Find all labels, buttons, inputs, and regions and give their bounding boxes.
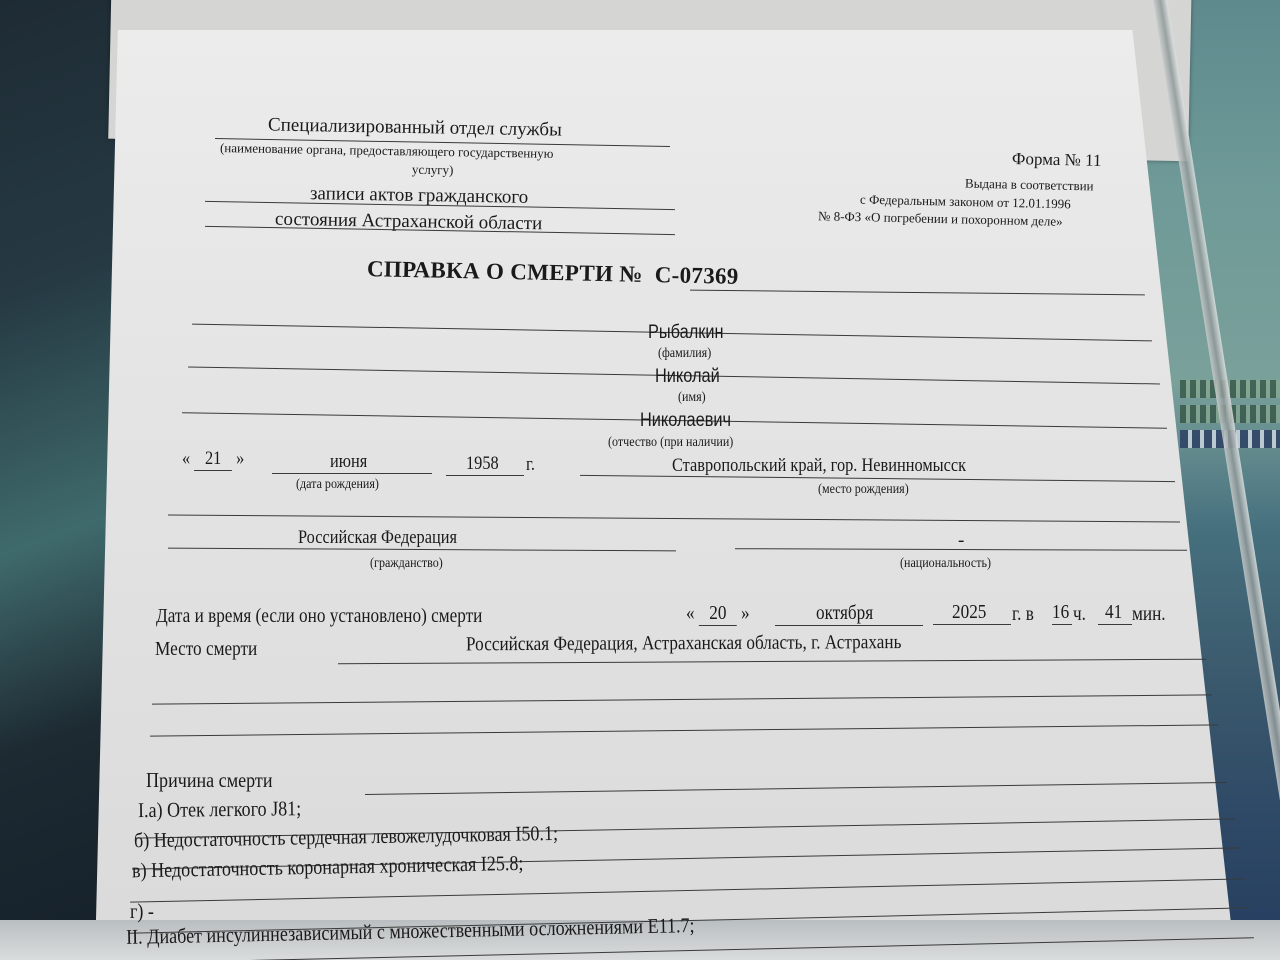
cause-item: I.а) Отек легкого J81;: [138, 796, 328, 823]
death-minute-suffix: мин.: [1132, 603, 1171, 626]
patronymic-value: Николаевич: [640, 410, 746, 432]
first-name-caption: (имя): [678, 390, 710, 406]
surname-value: Рыбалкин: [648, 322, 736, 344]
underline: [168, 514, 1180, 522]
birth-month: июня: [272, 451, 432, 474]
cause-label: Причина смерти: [146, 768, 293, 793]
birth-date-caption: (дата рождения): [296, 477, 392, 493]
birth-day: 21: [194, 448, 232, 471]
death-minute: 41: [1098, 601, 1132, 625]
birth-date: « 21 »: [182, 448, 255, 471]
underline: [150, 724, 1218, 736]
death-certificate: Специализированный отдел службы (наимено…: [0, 0, 1280, 960]
form-issued-line3: № 8-ФЗ «О погребении и похоронном деле»: [818, 208, 1063, 230]
birth-year-suffix: г.: [526, 454, 536, 476]
organization-line1: Специализированный отдел службы: [268, 114, 562, 141]
form-issued-line1: Выдана в соответствии: [965, 176, 1094, 195]
death-date-label: Дата и время (если оно установлено) смер…: [156, 605, 535, 628]
page-title: СПРАВКА О СМЕРТИ № С-07369: [367, 256, 739, 290]
birth-year: 1958: [446, 453, 524, 476]
death-year: 2025: [933, 601, 1011, 625]
birth-place-value: Ставропольский край, гор. Невинномысск: [672, 455, 1014, 477]
underline: [168, 548, 676, 552]
underline: [365, 782, 1227, 795]
organization-caption-2: услугу): [412, 162, 454, 179]
certificate-number: С-07369: [655, 262, 739, 289]
patronymic-caption: (отчество (при наличии): [608, 435, 754, 451]
citizenship-value: Российская Федерация: [298, 527, 483, 549]
death-month: октября: [775, 602, 923, 626]
underline: [152, 694, 1212, 704]
underline: [130, 878, 1246, 902]
cause-item: б) Недостаточность сердечная левожелудоч…: [134, 820, 627, 854]
birth-place-caption: (место рождения): [818, 482, 923, 498]
cause-item: в) Недостаточность коронарная хроническа…: [132, 850, 588, 884]
death-place-label: Место смерти: [155, 638, 274, 661]
nationality-caption: (национальность): [900, 556, 1006, 572]
cause-item: II. Диабет инсулиннезависимый с множеств…: [126, 911, 788, 950]
first-name-value: Николай: [655, 366, 730, 388]
death-year-suffix: г. в: [1012, 603, 1037, 626]
death-date-day: « 20 »: [686, 602, 760, 626]
underline: [690, 290, 1145, 296]
underline: [338, 659, 1206, 665]
cause-item: г) -: [130, 899, 158, 924]
death-hour: 16: [1052, 601, 1072, 625]
surname-caption: (фамилия): [658, 346, 720, 362]
form-number: Форма № 11: [1012, 149, 1102, 171]
death-place-value: Российская Федерация, Астраханская облас…: [466, 631, 972, 657]
title-label: СПРАВКА О СМЕРТИ №: [367, 256, 643, 287]
citizenship-caption: (гражданство): [370, 556, 455, 572]
death-hour-suffix: ч.: [1073, 603, 1088, 626]
